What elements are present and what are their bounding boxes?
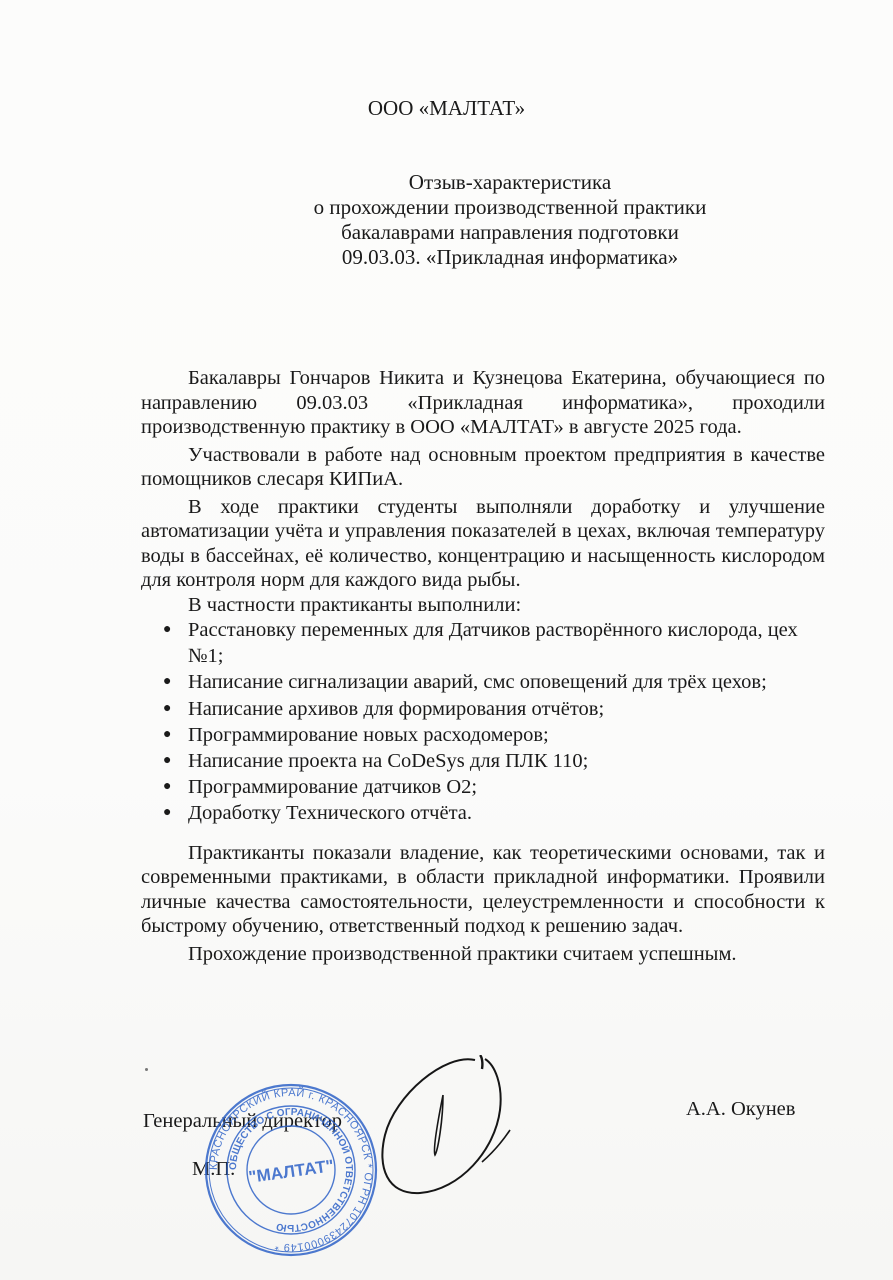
document-title: Отзыв-характеристика о прохождении произ… (250, 170, 770, 270)
document-page: ООО «МАЛТАТ» Отзыв-характеристика о прох… (0, 0, 893, 1280)
paragraph-assessment: Практиканты показали владение, как теоре… (141, 841, 825, 939)
paragraph-work: В ходе практики студенты выполняли дораб… (141, 495, 825, 593)
list-item: ●Программирование новых расходомеров; (141, 722, 825, 748)
list-item: ●Программирование датчиков О2; (141, 774, 825, 800)
list-item: ●Написание архивов для формирования отчё… (141, 696, 825, 722)
paragraph-conclusion: Прохождение производственной практики сч… (141, 942, 825, 967)
list-item: ●Написание проекта на CoDeSys для ПЛК 11… (141, 748, 825, 774)
svg-text:"МАЛТАТ": "МАЛТАТ" (247, 1156, 335, 1187)
list-item: ●Доработку Технического отчёта. (141, 800, 825, 826)
speck (145, 1068, 148, 1071)
bullet-icon: ● (163, 722, 171, 748)
signatory-name: А.А. Окунев (686, 1098, 795, 1121)
list-item: ●Написание сигнализации аварий, смс опов… (141, 669, 825, 695)
bullet-icon: ● (163, 696, 171, 722)
document-body: Бакалавры Гончаров Никита и Кузнецова Ек… (141, 366, 825, 966)
title-line: бакалаврами направления подготовки (250, 220, 770, 245)
bullet-icon: ● (163, 800, 171, 826)
list-item: ●Расстановку переменных для Датчиков рас… (141, 617, 825, 669)
paragraph-role: Участвовали в работе над основным проект… (141, 443, 825, 492)
paragraph-intro: Бакалавры Гончаров Никита и Кузнецова Ек… (141, 366, 825, 440)
handwritten-signature-icon (325, 1055, 565, 1205)
title-line: о прохождении производственной практики (250, 195, 770, 220)
task-list: ●Расстановку переменных для Датчиков рас… (141, 617, 825, 827)
title-line: Отзыв-характеристика (250, 170, 770, 195)
paragraph-list-intro: В частности практиканты выполнили: (141, 593, 825, 618)
title-line: 09.03.03. «Прикладная информатика» (250, 245, 770, 270)
bullet-icon: ● (163, 774, 171, 800)
organization-name: ООО «МАЛТАТ» (0, 96, 893, 121)
bullet-icon: ● (163, 669, 171, 695)
bullet-icon: ● (163, 617, 171, 643)
bullet-icon: ● (163, 748, 171, 774)
